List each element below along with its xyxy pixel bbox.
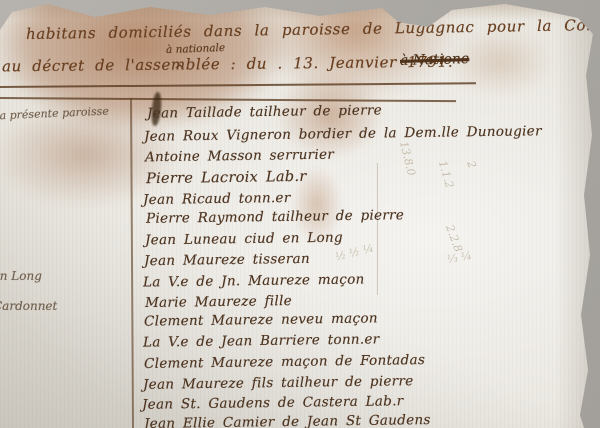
register-entry: Pierre Raymond tailheur de pierre [146,207,404,227]
register-entry: Jean Taillade tailheur de pierre [147,102,382,121]
bleedthrough-mark: ⅓ ¼ [446,249,473,266]
register-entry: Jean Maureze tisseran [144,251,310,269]
register-entry: Jean St. Gaudens de Castera Lab.r [142,393,404,413]
paper-edge-shadow [555,0,600,428]
table-top-rule-upper [0,82,476,87]
bleedthrough-mark: 13.8.0 [397,140,418,177]
bleedthrough-mark: 2.2.8 [443,223,465,254]
bleedthrough-mark: 1.1.2 [436,159,456,189]
margin-note: la présente paroisse [0,105,109,123]
paper-sheet: habitans domiciliés dans la paroisse de … [0,0,600,428]
register-entry: Jean Luneau ciud en Long [145,230,343,249]
header-line-1: habitans domiciliés dans la paroisse de … [26,15,600,43]
margin-note: Cardonnet [0,299,57,313]
register-entry: Clement Maureze neveu maçon [144,310,378,329]
insertion-note: à nationale [166,42,226,56]
table-top-rule-lower [0,97,456,102]
register-entry: La V.e de Jn. Maureze maçon [143,271,365,290]
register-entry: Jean Ellie Camier de Jean St Gaudens [144,412,431,428]
register-entry: La V.e de Jean Barriere tonn.er [143,331,380,350]
register-entry: Clement Maureze maçon de Fontadas [144,352,425,372]
register-entry: Jean Ricaud tonn.er [143,190,291,208]
column-divider-line [130,98,134,428]
margin-note: En Long [0,269,42,283]
register-entry: Jean Roux Vigneron bordier de la Dem.lle… [144,123,542,145]
register-entry: Pierre Lacroix Lab.r [146,169,307,187]
struck-out-text: à Natione [400,51,470,69]
register-entry: Antoine Masson serrurier [145,147,334,166]
bleedthrough-mark: 2 [464,159,479,170]
header-line-2: au décret de l'assemblée : du . 13. Jean… [2,53,453,76]
manuscript-photo: habitans domiciliés dans la paroisse de … [0,0,600,428]
register-entry: Jean Maureze fils tailheur de pierre [143,373,414,393]
fold-crease-line [377,163,378,295]
register-entry: Marie Maureze fille [145,293,292,311]
